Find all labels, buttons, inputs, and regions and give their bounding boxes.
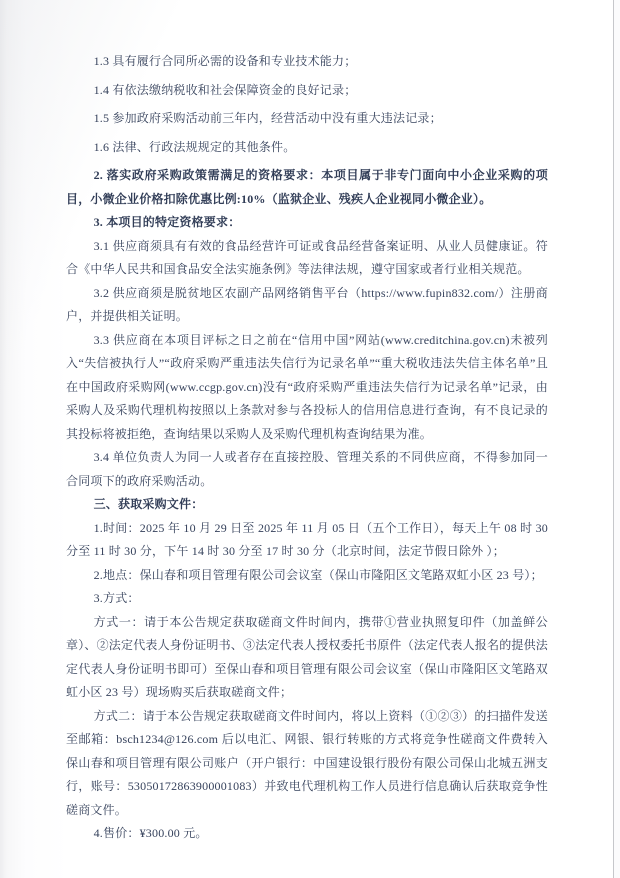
scan-margin-strip <box>614 0 620 878</box>
paragraph: 1.时间：2025 年 10 月 29 日至 2025 年 11 月 05 日（… <box>66 517 548 564</box>
paragraph: 1.3 具有履行合同所必需的设备和专业技术能力； <box>66 50 548 74</box>
paragraph: 3.3 供应商在本项目评标之日之前在“信用中国”网站(www.creditchi… <box>66 329 548 447</box>
paragraph: 1.4 有依法缴纳税收和社会保障资金的良好记录； <box>66 79 548 103</box>
paragraph: 3.方式： <box>66 587 548 611</box>
paragraph: 3.4 单位负责人为同一人或者存在直接控股、管理关系的不同供应商，不得参加同一合… <box>66 446 548 493</box>
paragraph: 2. 落实政府采购政策需满足的资格要求：本项目属于非专门面向中小企业采购的项目，… <box>66 164 548 211</box>
paragraph: 3.2 供应商须是脱贫地区农副产品网络销售平台（https://www.fupi… <box>66 282 548 329</box>
paragraph: 3. 本项目的特定资格要求： <box>66 211 548 235</box>
document-content: 1.3 具有履行合同所必需的设备和专业技术能力；1.4 有依法缴纳税收和社会保障… <box>66 50 548 846</box>
scan-edge-line <box>613 0 614 878</box>
paragraph: 1.6 法律、行政法规规定的其他条件。 <box>66 136 548 160</box>
paragraph: 方式二：请于本公告规定获取磋商文件时间内，将以上资料（①②③）的扫描件发送至邮箱… <box>66 705 548 823</box>
paragraph: 2.地点：保山春和项目管理有限公司会议室（保山市隆阳区文笔路双虹小区 23 号）… <box>66 564 548 588</box>
document-page: 1.3 具有履行合同所必需的设备和专业技术能力；1.4 有依法缴纳税收和社会保障… <box>0 0 620 878</box>
paragraph: 3.1 供应商须具有有效的食品经营许可证或食品经营备案证明、从业人员健康证。符合… <box>66 235 548 282</box>
paragraph: 4.售价：¥300.00 元。 <box>66 822 548 846</box>
paragraph: 方式一：请于本公告规定获取磋商文件时间内，携带①营业执照复印件（加盖鲜公章）、②… <box>66 611 548 705</box>
paragraph: 1.5 参加政府采购活动前三年内，经营活动中没有重大违法记录； <box>66 107 548 131</box>
paragraph: 三、获取采购文件： <box>66 493 548 517</box>
